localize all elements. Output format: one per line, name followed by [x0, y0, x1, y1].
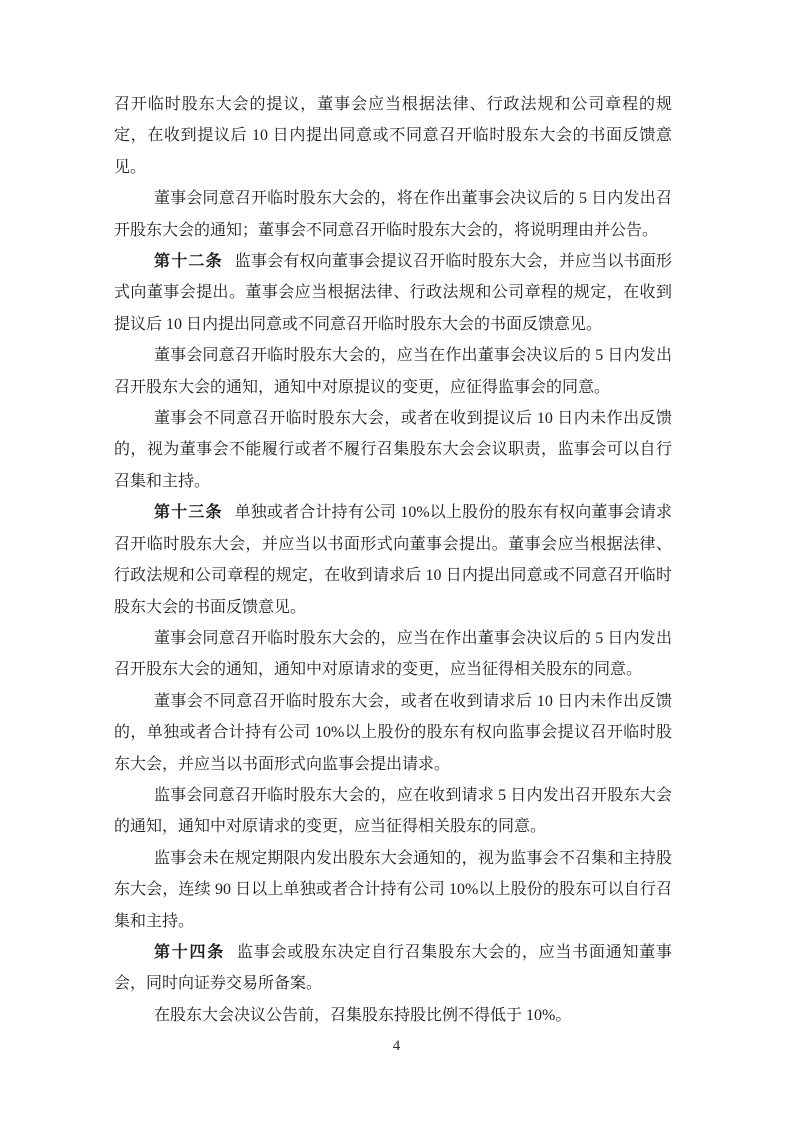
page-footer: 4 — [0, 1036, 793, 1056]
paragraph: 监事会未在规定期限内发出股东大会通知的，视为监事会不召集和主持股东大会，连续 9… — [114, 843, 672, 937]
paragraph: 董事会同意召开临时股东大会的，应当在作出董事会决议后的 5 日内发出召开股东大会… — [114, 623, 672, 686]
paragraph: 董事会同意召开临时股东大会的，应当在作出董事会决议后的 5 日内发出召开股东大会… — [114, 340, 672, 403]
page-number: 4 — [393, 1038, 401, 1054]
paragraph: 董事会同意召开临时股东大会的，将在作出董事会决议后的 5 日内发出召开股东大会的… — [114, 183, 672, 246]
paragraph: 第十四条监事会或股东决定自行召集股东大会的，应当书面通知董事会，同时向证券交易所… — [114, 937, 672, 1000]
paragraph: 董事会不同意召开临时股东大会，或者在收到请求后 10 日内未作出反馈的，单独或者… — [114, 686, 672, 780]
article-number: 第十三条 — [154, 504, 223, 521]
paragraph: 在股东大会决议公告前，召集股东持股比例不得低于 10%。 — [114, 1000, 672, 1031]
paragraph: 董事会不同意召开临时股东大会，或者在收到提议后 10 日内未作出反馈的，视为董事… — [114, 403, 672, 497]
article-number: 第十四条 — [154, 944, 225, 961]
article-number: 第十二条 — [154, 253, 223, 270]
document-page: 召开临时股东大会的提议，董事会应当根据法律、行政法规和公司章程的规定，在收到提议… — [0, 0, 793, 1122]
paragraph: 第十三条单独或者合计持有公司 10%以上股份的股东有权向董事会请求召开临时股东大… — [114, 497, 672, 623]
paragraph: 第十二条监事会有权向董事会提议召开临时股东大会，并应当以书面形式向董事会提出。董… — [114, 246, 672, 340]
paragraph: 召开临时股东大会的提议，董事会应当根据法律、行政法规和公司章程的规定，在收到提议… — [114, 89, 672, 183]
paragraph: 监事会同意召开临时股东大会的，应在收到请求 5 日内发出召开股东大会的通知，通知… — [114, 780, 672, 843]
document-body: 召开临时股东大会的提议，董事会应当根据法律、行政法规和公司章程的规定，在收到提议… — [114, 89, 672, 1031]
